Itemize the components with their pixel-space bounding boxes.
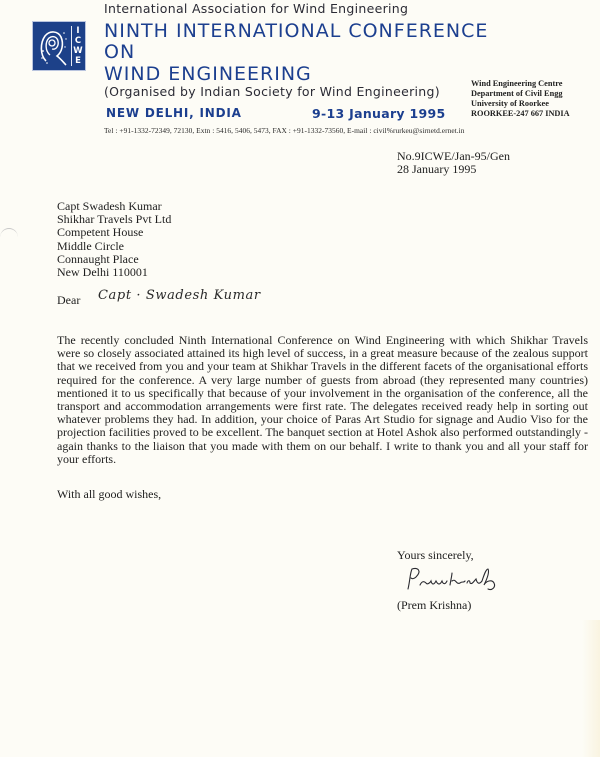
valediction: Yours sincerely, [397,548,474,563]
conference-title-line-1: NINTH INTERNATIONAL CONFERENCE [104,20,488,42]
address-line: Middle Circle [57,240,171,253]
address-line: New Delhi 110001 [57,266,171,279]
signatory-name: (Prem Krishna) [397,598,471,613]
handwritten-recipient-name: Capt · Swadesh Kumar [98,288,261,303]
conference-dates: 9-13 January 1995 [312,106,446,121]
logo-letters: I C W E [73,26,83,66]
salutation: Dear [57,293,80,308]
conference-title-line-2: ON [104,41,135,63]
handwritten-signature-icon [404,565,504,595]
wind-swirl-emblem-icon [36,25,70,67]
address-line: Competent House [57,226,171,239]
letter-date: 28 January 1995 [397,163,510,176]
centre-address: Wind Engineering Centre Department of Ci… [471,79,570,119]
organised-by: (Organised by Indian Society for Wind En… [104,84,440,99]
icwe-logo: I C W E [33,22,85,70]
contact-line: Tel : +91-1332-72349, 72130, Extn : 5416… [104,126,465,135]
reference-block: No.9ICWE/Jan-95/Gen 28 January 1995 [397,150,510,176]
conference-city: NEW DELHI, INDIA [106,106,242,120]
closing-remark: With all good wishes, [57,487,161,502]
association-name: International Association for Wind Engin… [104,1,408,16]
conference-title-line-3: WIND ENGINEERING [104,63,312,85]
letter-body: The recently concluded Ninth Internation… [57,334,588,466]
logo-divider [71,26,72,66]
paper-edge-shading [582,620,600,757]
recipient-address: Capt Swadesh Kumar Shikhar Travels Pvt L… [57,200,171,279]
hole-punch-mark [0,228,18,247]
